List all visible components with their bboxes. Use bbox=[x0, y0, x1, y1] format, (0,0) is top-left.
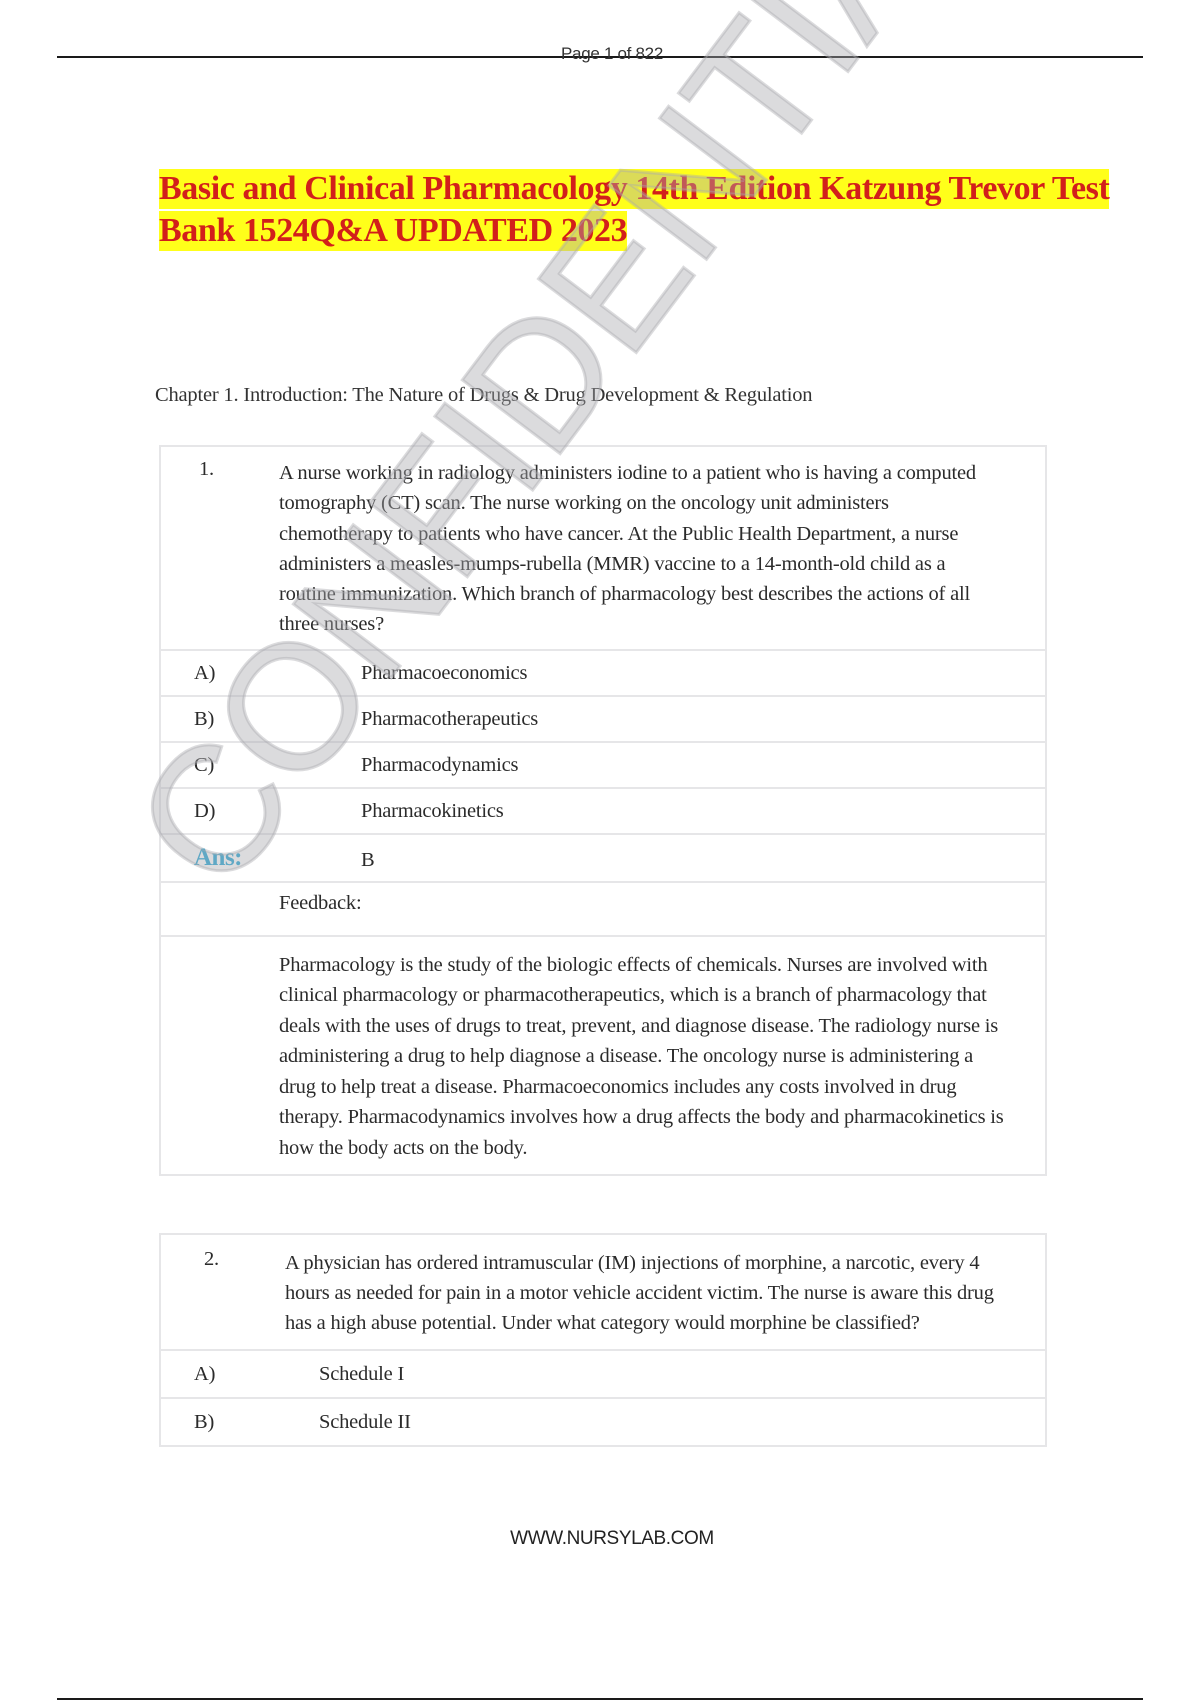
feedback-text-row: Pharmacology is the study of the biologi… bbox=[160, 936, 1046, 1176]
option-text: Pharmacoeconomics bbox=[361, 662, 527, 685]
option-letter: D) bbox=[161, 800, 215, 823]
option-row-c[interactable]: C) Pharmacodynamics bbox=[160, 742, 1046, 788]
option-text: Pharmacokinetics bbox=[361, 800, 504, 823]
question-number: 1. bbox=[199, 458, 214, 481]
question-stem: A physician has ordered intramuscular (I… bbox=[161, 1235, 1045, 1349]
option-row-b[interactable]: B) Pharmacotherapeutics bbox=[160, 696, 1046, 742]
document-title-text: Basic and Clinical Pharmacology 14th Edi… bbox=[159, 169, 1109, 251]
option-row-b[interactable]: B) Schedule II bbox=[160, 1398, 1046, 1446]
site-footer-url: WWW.NURSYLAB.COM bbox=[0, 1528, 1200, 1550]
option-letter: B) bbox=[161, 708, 214, 731]
option-letter: C) bbox=[161, 754, 214, 777]
question-stem-cell: 2. A physician has ordered intramuscular… bbox=[160, 1234, 1046, 1350]
option-letter: A) bbox=[161, 1363, 215, 1386]
option-letter: B) bbox=[161, 1411, 214, 1434]
option-row-d[interactable]: D) Pharmacokinetics bbox=[160, 788, 1046, 834]
answer-row: Ans: B bbox=[160, 834, 1046, 882]
feedback-label: Feedback: bbox=[279, 892, 361, 915]
option-text: Schedule I bbox=[319, 1363, 404, 1386]
answer-label: Ans: bbox=[194, 844, 242, 872]
question-stem-row: 1. A nurse working in radiology administ… bbox=[160, 446, 1046, 650]
feedback-text: Pharmacology is the study of the biologi… bbox=[161, 937, 1045, 1175]
question-stem-cell: 1. A nurse working in radiology administ… bbox=[160, 446, 1046, 650]
option-text: Pharmacotherapeutics bbox=[361, 708, 538, 731]
question-stem: A nurse working in radiology administers… bbox=[161, 447, 1045, 649]
chapter-heading: Chapter 1. Introduction: The Nature of D… bbox=[155, 384, 812, 407]
question-number: 2. bbox=[204, 1248, 219, 1271]
answer-value: B bbox=[361, 849, 374, 872]
question-1-table: 1. A nurse working in radiology administ… bbox=[159, 445, 1047, 1176]
option-letter: A) bbox=[161, 662, 215, 685]
option-row-a[interactable]: A) Pharmacoeconomics bbox=[160, 650, 1046, 696]
option-row-a[interactable]: A) Schedule I bbox=[160, 1350, 1046, 1398]
question-2-table: 2. A physician has ordered intramuscular… bbox=[159, 1233, 1047, 1447]
feedback-label-row: Feedback: bbox=[160, 882, 1046, 936]
option-text: Pharmacodynamics bbox=[361, 754, 518, 777]
document-title: Basic and Clinical Pharmacology 14th Edi… bbox=[159, 168, 1139, 252]
option-text: Schedule II bbox=[319, 1411, 411, 1434]
question-stem-row: 2. A physician has ordered intramuscular… bbox=[160, 1234, 1046, 1350]
page-indicator: Page 1 of 822 bbox=[0, 44, 1200, 64]
